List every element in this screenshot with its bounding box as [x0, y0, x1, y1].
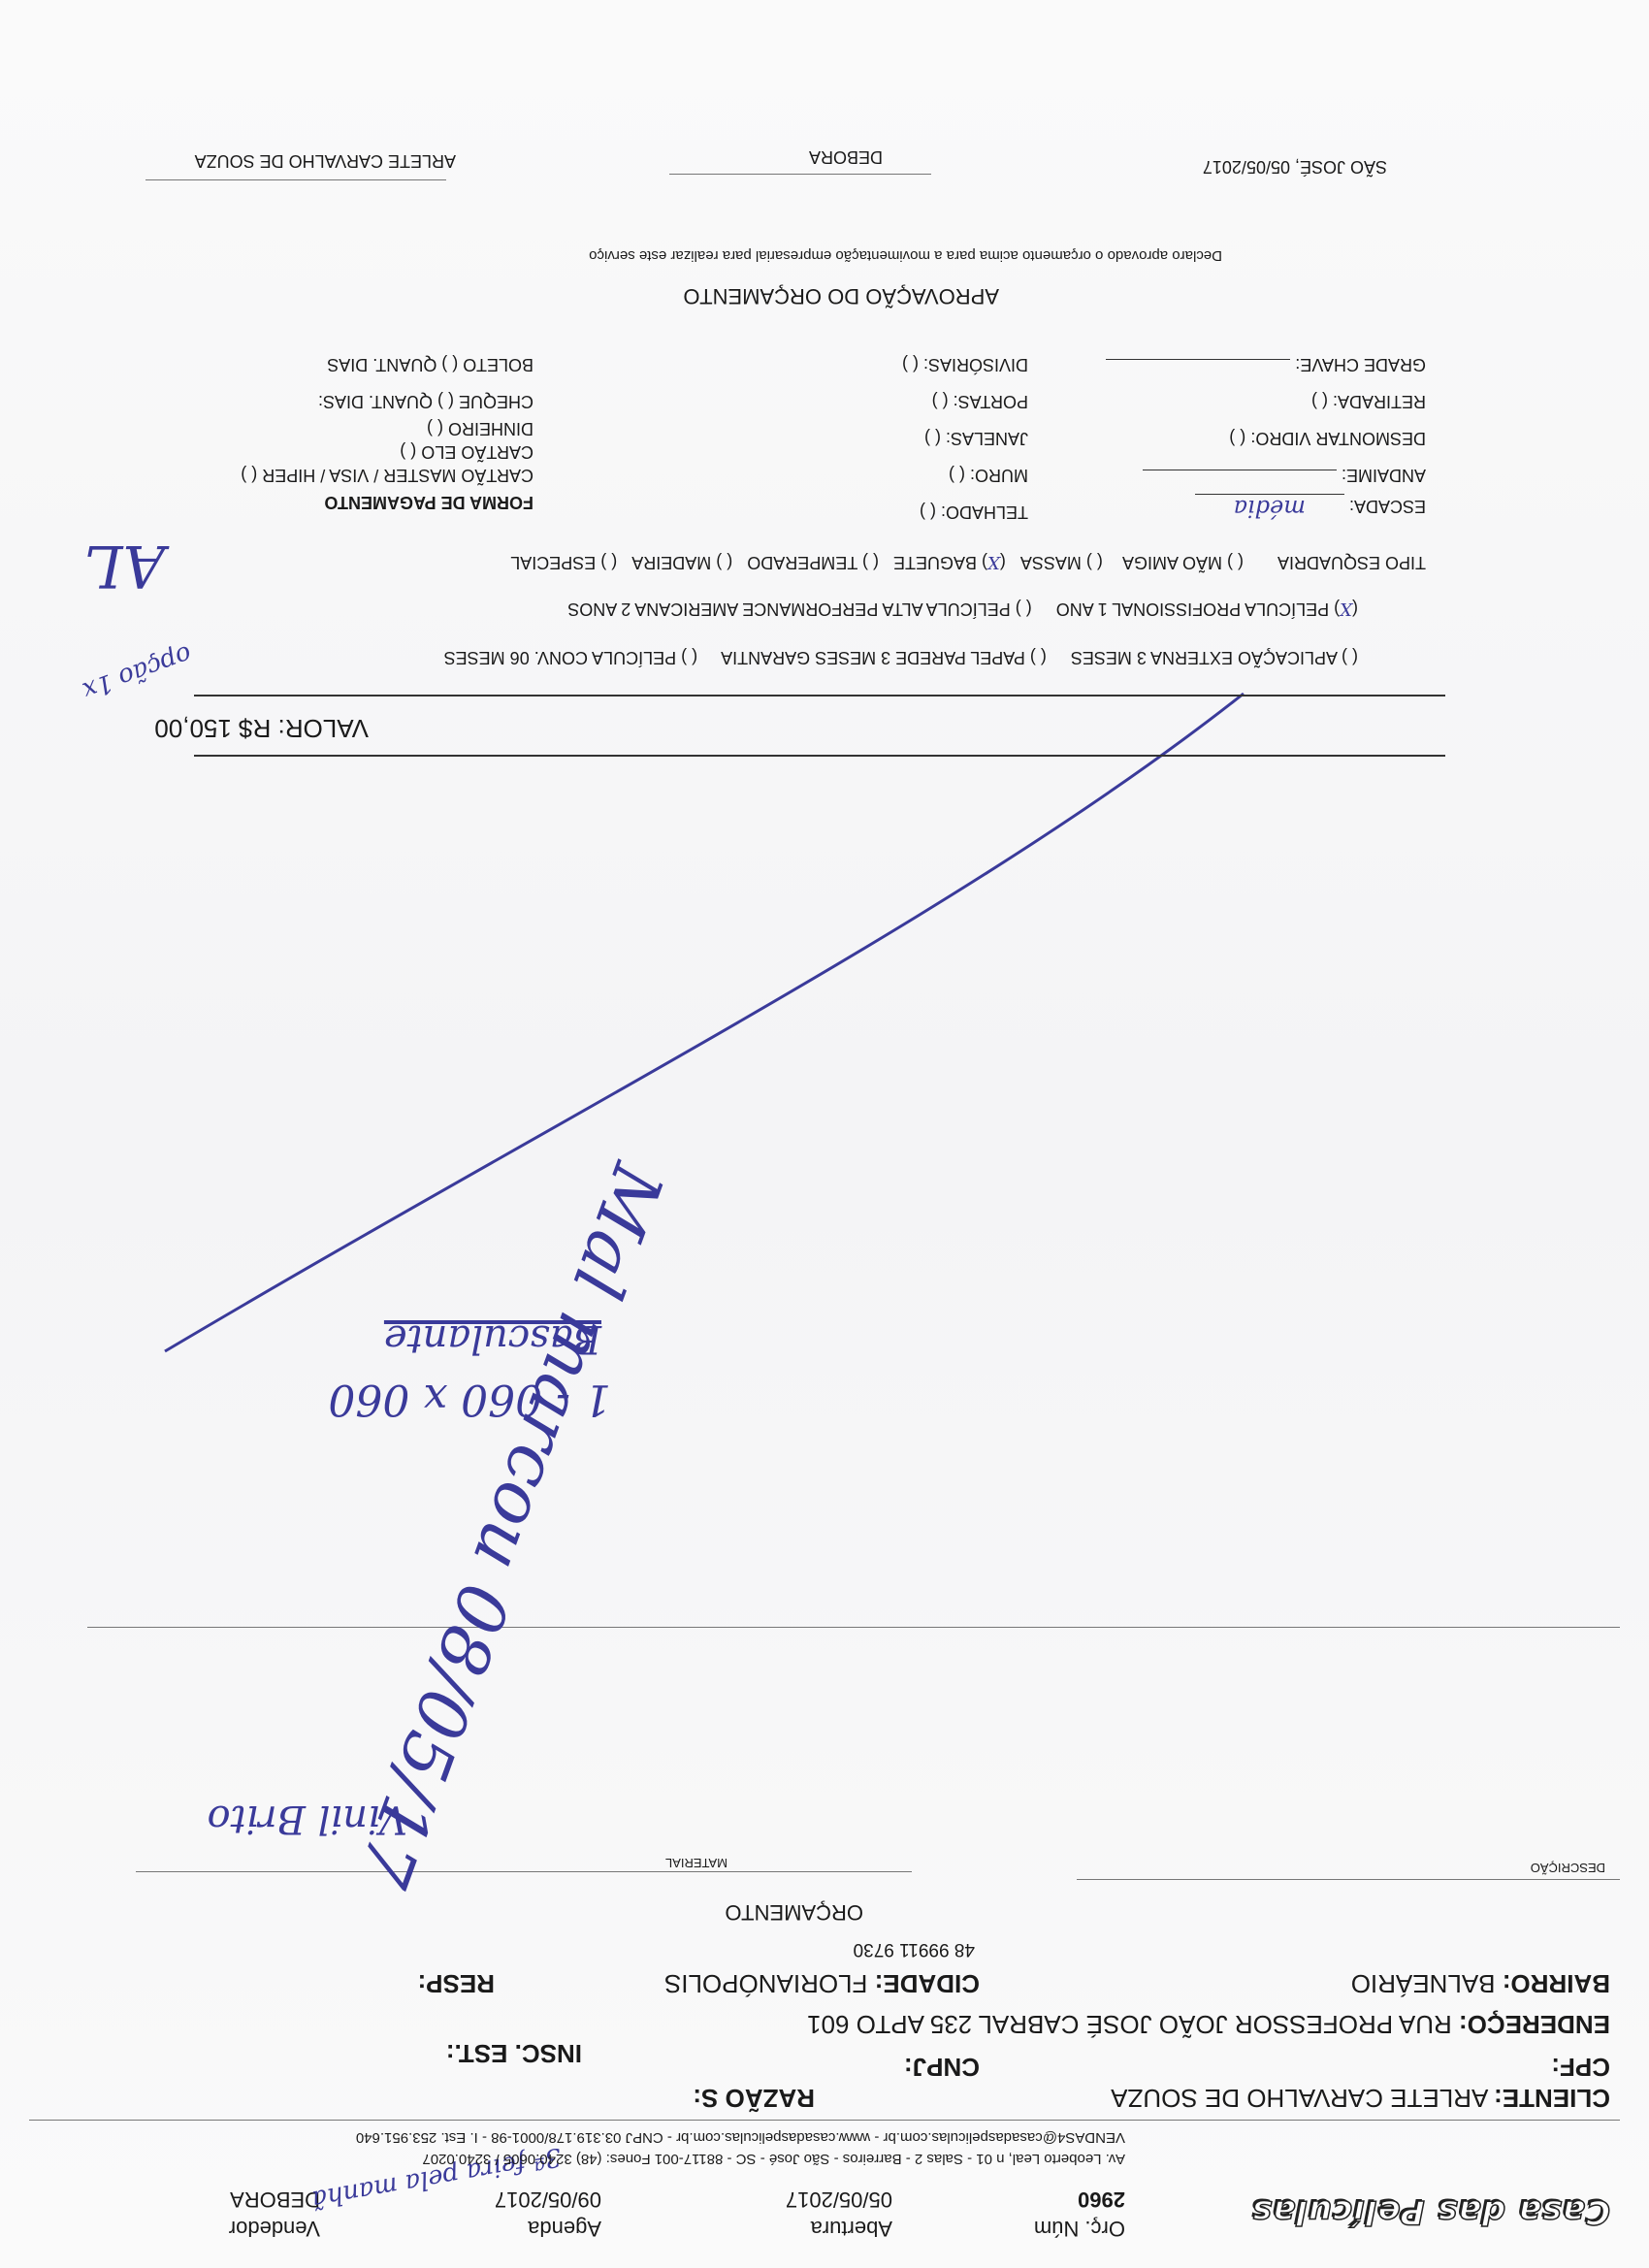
warranty-row-2: (X) PELÍCULA PROFISSIONAL 1 ANO ( ) PELÍ… [567, 599, 1358, 619]
seller-sign-name: DEBORA [809, 146, 883, 167]
quote-document-page: Casa das Películas Orç. Núm 2960 Abertur… [0, 0, 1649, 2268]
grade-chave-field[interactable] [1106, 359, 1290, 360]
client-sign-line [145, 179, 446, 180]
checkbox-pelicula-conv[interactable]: ( ) [676, 648, 697, 667]
client-sign-name: ARLETE CARVALHO DE SOUZA [195, 150, 456, 171]
checkbox-papel-parede[interactable]: ( ) [1025, 648, 1047, 667]
valor-amount: R$ 150,00 [154, 714, 271, 743]
checkbox-desmontar[interactable]: ( ) [1229, 429, 1245, 448]
payment-boleto[interactable]: BOLETO ( ) QUANT. DIAS [327, 354, 533, 374]
place-date: SÃO JOSÉ, 05/05/2017 [1203, 156, 1387, 177]
checkbox-especial[interactable]: ( ) [596, 553, 617, 572]
valor-row: VALOR: R$ 150,00 [154, 713, 369, 743]
escada-value[interactable]: média [1195, 494, 1344, 522]
checkbox-portas[interactable]: ( ) [932, 392, 949, 411]
checkbox-divisorias[interactable]: ( ) [902, 355, 919, 374]
muro-row: MURO: ( ) [949, 465, 1028, 485]
checkbox-temperado[interactable]: ( ) [857, 553, 879, 572]
checkbox-pelicula-profissional[interactable]: (X) [1329, 599, 1358, 619]
valor-bottom-line [194, 695, 1445, 697]
telhado-row: TELHADO: ( ) [920, 502, 1028, 522]
tipo-esquadria-label: TIPO ESQUADRIA [1277, 553, 1426, 572]
retirada-row: RETIRADA: ( ) [1311, 391, 1426, 411]
checkbox-retirada[interactable]: ( ) [1311, 392, 1328, 411]
desmontar-row: DESMONTAR VIDRO: ( ) [1229, 428, 1426, 448]
payment-cheque[interactable]: CHEQUE ( ) QUANT. DIAS: [318, 391, 533, 411]
handwritten-initials: AL [84, 532, 165, 599]
divisorias-row: DIVISÓRIAS: ( ) [902, 354, 1028, 374]
janelas-row: JANELAS: ( ) [924, 428, 1028, 448]
checkbox-baguete[interactable]: (X) [977, 553, 1006, 572]
grade-chave-row: GRADE CHAVE: [1106, 354, 1426, 374]
checkbox-muro[interactable]: ( ) [949, 466, 965, 485]
valor-top-line [194, 755, 1445, 757]
payment-title: FORMA DE PAGAMENTO [324, 492, 533, 512]
escada-row: ESCADA: média [1195, 495, 1426, 522]
handwritten-strike-line [0, 0, 1649, 2268]
approval-title: APROVAÇÃO DO ORÇAMENTO [683, 283, 999, 308]
checkbox-telhado[interactable]: ( ) [920, 502, 936, 522]
payment-elo[interactable]: CARTÃO ELO ( ) [400, 441, 533, 462]
payment-master-visa[interactable]: CARTÃO MASTER / VISA / HIPER ( ) [241, 465, 533, 485]
approval-statement: Declaro aprovado o orçamento acima para … [589, 247, 1222, 264]
checkbox-massa[interactable]: ( ) [1082, 553, 1103, 572]
checkbox-aplicacao-externa[interactable]: ( ) [1338, 648, 1358, 667]
seller-sign-line [669, 174, 931, 175]
warranty-row-1: ( ) APLICAÇÃO EXTERNA 3 MESES ( ) PAPEL … [444, 647, 1358, 667]
checkbox-pelicula-alta-performance[interactable]: ( ) [1011, 599, 1032, 619]
checkbox-madeira[interactable]: ( ) [711, 553, 732, 572]
checkbox-janelas[interactable]: ( ) [924, 429, 941, 448]
valor-label: VALOR: [278, 714, 369, 743]
payment-dinheiro[interactable]: DINHEIRO ( ) [427, 418, 533, 438]
tipo-esquadria-row: TIPO ESQUADRIA ( ) MÃO AMIGA ( ) MASSA (… [510, 552, 1426, 572]
checkbox-mao-amiga[interactable]: ( ) [1222, 553, 1244, 572]
andaime-field[interactable] [1143, 470, 1337, 470]
andaime-row: ANDAIME: [1143, 465, 1426, 485]
portas-row: PORTAS: ( ) [932, 391, 1028, 411]
